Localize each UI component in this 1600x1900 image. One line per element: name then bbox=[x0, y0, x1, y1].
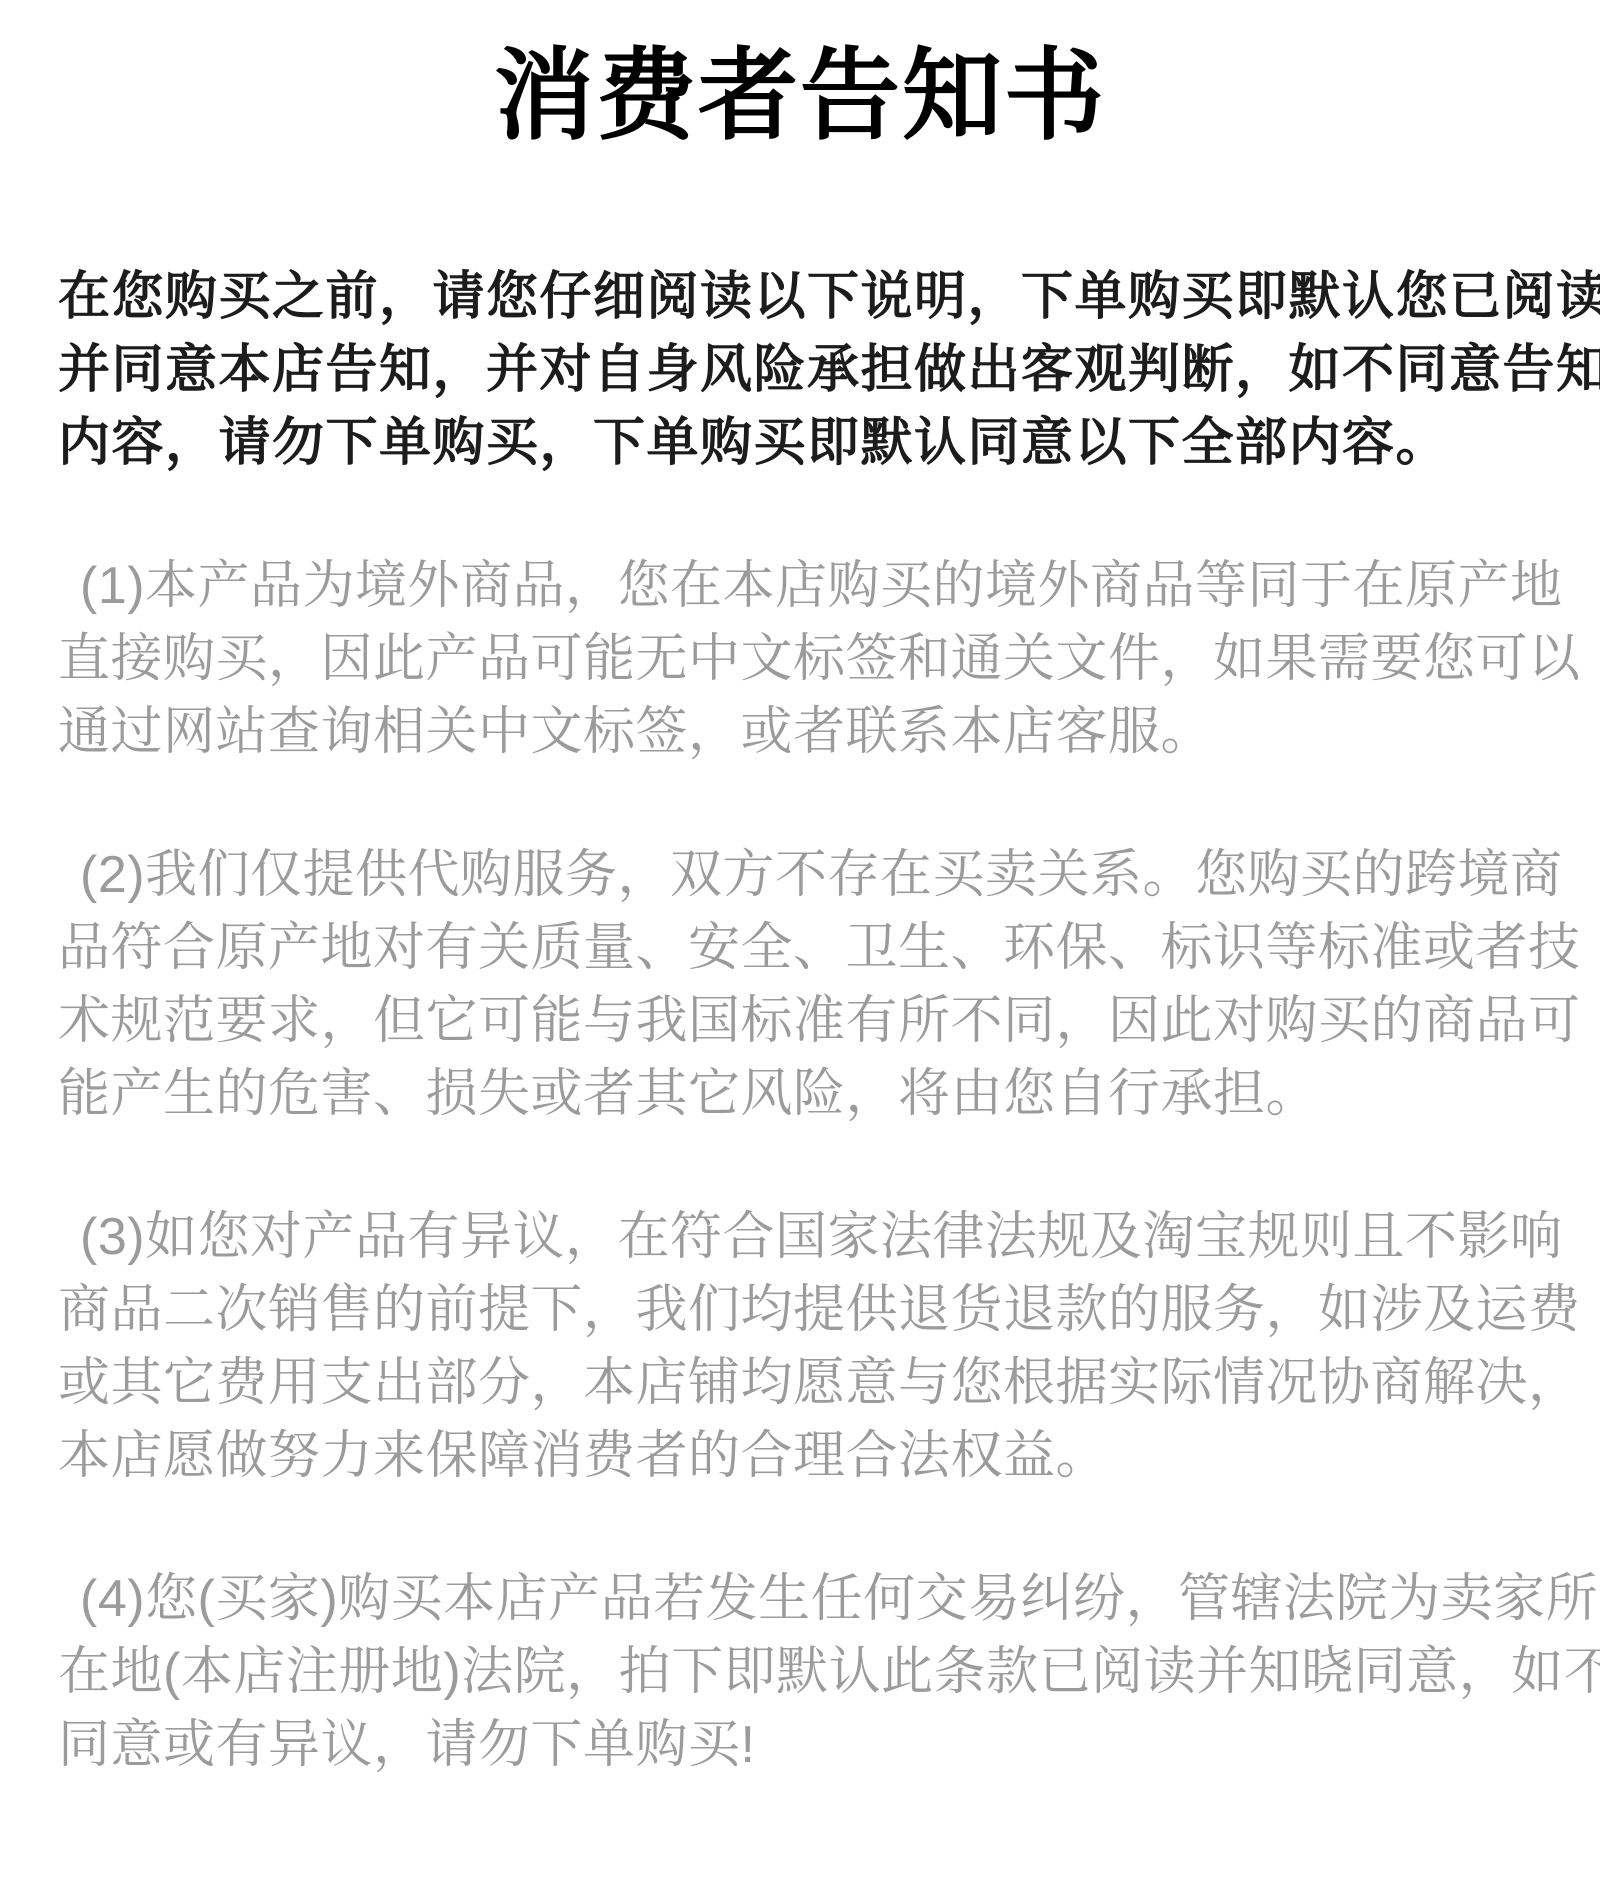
notice-paragraph-3: (3)如您对产品有异议，在符合国家法律法规及淘宝规则且不影响 商品二次销售的前提… bbox=[0, 1201, 1600, 1493]
intro-line: 内容，请勿下单购买，下单购买即默认同意以下全部内容。 bbox=[58, 407, 1542, 480]
paragraph-line: (3)如您对产品有异议，在符合国家法律法规及淘宝规则且不影响 bbox=[58, 1201, 1542, 1274]
paragraph-line: 能产生的危害、损失或者其它风险，将由您自行承担。 bbox=[58, 1058, 1542, 1131]
paragraph-line: (4)您(买家)购买本店产品若发生任何交易纠纷，管辖法院为卖家所 bbox=[58, 1563, 1542, 1636]
paragraph-line: 直接购买，因此产品可能无中文标签和通关文件，如果需要您可以 bbox=[58, 623, 1542, 696]
paragraph-line: 通过网站查询相关中文标签，或者联系本店客服。 bbox=[58, 696, 1542, 769]
notice-paragraph-4: (4)您(买家)购买本店产品若发生任何交易纠纷，管辖法院为卖家所 在地(本店注册… bbox=[0, 1563, 1600, 1782]
paragraph-line: 或其它费用支出部分，本店铺均愿意与您根据实际情况协商解决， bbox=[58, 1347, 1542, 1420]
notice-paragraph-2: (2)我们仅提供代购服务，双方不存在买卖关系。您购买的跨境商 品符合原产地对有关… bbox=[0, 839, 1600, 1131]
paragraph-line: 术规范要求，但它可能与我国标准有所不同，因此对购买的商品可 bbox=[58, 985, 1542, 1058]
paragraph-line: 同意或有异议，请勿下单购买! bbox=[58, 1709, 1542, 1782]
intro-line: 在您购买之前，请您仔细阅读以下说明，下单购买即默认您已阅读 bbox=[58, 261, 1542, 334]
paragraph-line: 本店愿做努力来保障消费者的合理合法权益。 bbox=[58, 1420, 1542, 1493]
paragraph-line: 在地(本店注册地)法院，拍下即默认此条款已阅读并知晓同意，如不 bbox=[58, 1636, 1542, 1709]
paragraph-line: 品符合原产地对有关质量、安全、卫生、环保、标识等标准或者技 bbox=[58, 912, 1542, 985]
intro-paragraph: 在您购买之前，请您仔细阅读以下说明，下单购买即默认您已阅读 并同意本店告知，并对… bbox=[0, 261, 1600, 480]
consumer-notice-page: 消费者告知书 在您购买之前，请您仔细阅读以下说明，下单购买即默认您已阅读 并同意… bbox=[0, 0, 1600, 1900]
intro-line: 并同意本店告知，并对自身风险承担做出客观判断，如不同意告知 bbox=[58, 334, 1542, 407]
paragraph-line: (1)本产品为境外商品，您在本店购买的境外商品等同于在原产地 bbox=[58, 550, 1542, 623]
notice-paragraph-1: (1)本产品为境外商品，您在本店购买的境外商品等同于在原产地 直接购买，因此产品… bbox=[0, 550, 1600, 769]
paragraph-line: 商品二次销售的前提下，我们均提供退货退款的服务，如涉及运费 bbox=[58, 1274, 1542, 1347]
paragraph-line: (2)我们仅提供代购服务，双方不存在买卖关系。您购买的跨境商 bbox=[58, 839, 1542, 912]
page-title: 消费者告知书 bbox=[0, 0, 1600, 156]
